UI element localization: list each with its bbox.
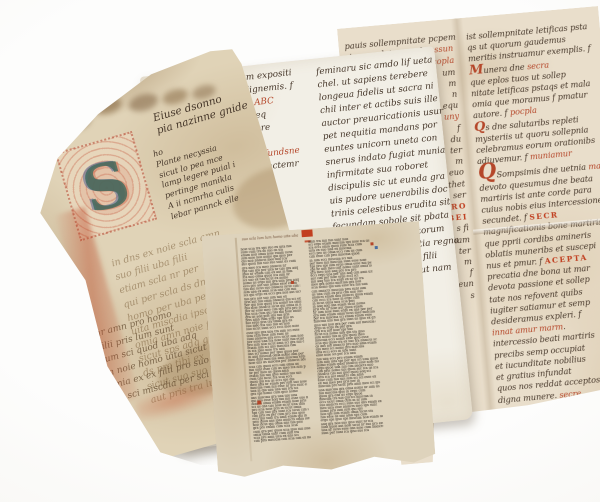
stain (60, 110, 93, 134)
bible-left-column: noie scla tra sps suo ex uita filiisunt … (240, 245, 311, 444)
red-rubric-tab (301, 229, 312, 237)
stain (93, 95, 124, 117)
red-paragraph-mark (257, 400, 261, 404)
bible-leaf: suo scla lum lum homo uita uba noie scla… (202, 221, 436, 479)
bible-right-column: amn tra filii filii sunt nobsci ergo eti… (308, 236, 384, 440)
stain (19, 114, 57, 141)
red-paragraph-mark (370, 242, 373, 245)
stained-leaf-side-text: hoPlante necyssiasicut lo pea mcelamp le… (152, 129, 246, 223)
red-paragraph-mark (291, 281, 294, 284)
blue-flourish-mark (375, 246, 378, 249)
manuscript-photo: pauis sollempnitate pcpemtua sca letamur… (0, 0, 600, 502)
